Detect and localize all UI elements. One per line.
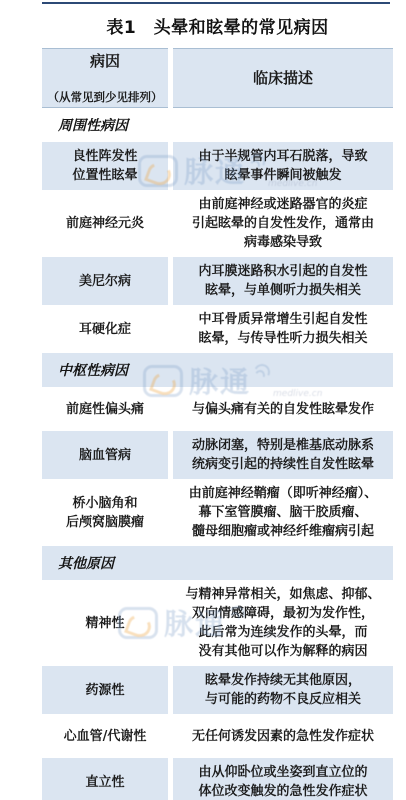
description-cell: 动脉闭塞，特别是椎基底动脉系 统病变引起的持续性自发性眩晕	[173, 431, 393, 479]
cause-cell: 药源性	[42, 666, 168, 714]
description-cell: 由前庭神经鞘瘤（即听神经瘤）、 幕下室管膜瘤、脑干胶质瘤、 髓母细胞瘤或神经纤维…	[173, 479, 393, 546]
cause-cell: 桥小脑角和 后颅窝脑膜瘤	[42, 479, 168, 546]
description-cell: 中耳骨质异常增生引起自发性 眩晕，与传导性听力损失相关	[173, 305, 393, 353]
table-row: 美尼尔病内耳膜迷路积水引起的自发性 眩晕，与单侧听力损失相关	[42, 257, 393, 305]
causes-table: 病因 （从常见到少见排列） 临床描述 周围性病因良性阵发性 位置性眩晕由于半规管…	[42, 48, 393, 800]
description-cell: 无任何诱发因素的急性发作症状	[173, 714, 393, 758]
table-row: 精神性与精神异常相关，如焦虑、抑郁、 双向情感障碍，最初为发作性， 此后常为连续…	[42, 580, 393, 666]
column-header-cause-main: 病因	[48, 52, 163, 71]
description-cell: 内耳膜迷路积水引起的自发性 眩晕，与单侧听力损失相关	[173, 257, 393, 305]
section-heading-label: 周围性病因	[42, 108, 128, 142]
cause-cell: 脑血管病	[42, 431, 168, 479]
cause-cell: 心血管/代谢性	[42, 714, 168, 758]
section-heading: 中枢性病因	[42, 353, 393, 387]
cause-cell: 前庭性偏头痛	[42, 387, 168, 431]
description-cell: 与精神异常相关，如焦虑、抑郁、 双向情感障碍，最初为发作性， 此后常为连续发作的…	[173, 580, 393, 666]
column-header-description: 临床描述	[173, 48, 393, 108]
table-row: 桥小脑角和 后颅窝脑膜瘤由前庭神经鞘瘤（即听神经瘤）、 幕下室管膜瘤、脑干胶质瘤…	[42, 479, 393, 546]
table-body: 周围性病因良性阵发性 位置性眩晕由于半规管内耳石脱落，导致 眩晕事件瞬间被触发前…	[42, 108, 393, 800]
table-row: 脑血管病动脉闭塞，特别是椎基底动脉系 统病变引起的持续性自发性眩晕	[42, 431, 393, 479]
cause-cell: 良性阵发性 位置性眩晕	[42, 142, 168, 190]
table-row: 良性阵发性 位置性眩晕由于半规管内耳石脱落，导致 眩晕事件瞬间被触发	[42, 142, 393, 190]
table-figure: 表1 头晕和眩晕的常见病因 病因 （从常见到少见排列） 临床描述 周围性病因良性…	[0, 2, 406, 800]
table-row: 耳硬化症中耳骨质异常增生引起自发性 眩晕，与传导性听力损失相关	[42, 305, 393, 353]
column-header-cause: 病因 （从常见到少见排列）	[42, 48, 168, 108]
cause-cell: 前庭神经元炎	[42, 190, 168, 257]
column-header-cause-sub: （从常见到少见排列）	[48, 90, 163, 105]
table-row: 心血管/代谢性无任何诱发因素的急性发作症状	[42, 714, 393, 758]
section-heading-label: 中枢性病因	[42, 353, 128, 387]
table-row: 前庭性偏头痛与偏头痛有关的自发性眩晕发作	[42, 387, 393, 431]
description-cell: 由从仰卧位或坐姿到直立位的 体位改变触发的急性发作症状	[173, 758, 393, 800]
section-heading-label: 其他原因	[42, 546, 114, 580]
table-header-row: 病因 （从常见到少见排列） 临床描述	[42, 48, 393, 108]
description-cell: 由于半规管内耳石脱落，导致 眩晕事件瞬间被触发	[173, 142, 393, 190]
section-heading: 其他原因	[42, 546, 393, 580]
cause-cell: 耳硬化症	[42, 305, 168, 353]
table-row: 药源性眩晕发作持续无其他原因， 与可能的药物不良反应相关	[42, 666, 393, 714]
cause-cell: 直立性	[42, 758, 168, 800]
table-row: 直立性由从仰卧位或坐姿到直立位的 体位改变触发的急性发作症状	[42, 758, 393, 800]
section-heading: 周围性病因	[42, 108, 393, 142]
cause-cell: 精神性	[42, 580, 168, 666]
description-cell: 眩晕发作持续无其他原因， 与可能的药物不良反应相关	[173, 666, 393, 714]
cause-cell: 美尼尔病	[42, 257, 168, 305]
description-cell: 与偏头痛有关的自发性眩晕发作	[173, 387, 393, 431]
description-cell: 由前庭神经或迷路器官的炎症 引起眩晕的自发性发作，通常由 病毒感染导致	[173, 190, 393, 257]
table-row: 前庭神经元炎由前庭神经或迷路器官的炎症 引起眩晕的自发性发作，通常由 病毒感染导…	[42, 190, 393, 257]
